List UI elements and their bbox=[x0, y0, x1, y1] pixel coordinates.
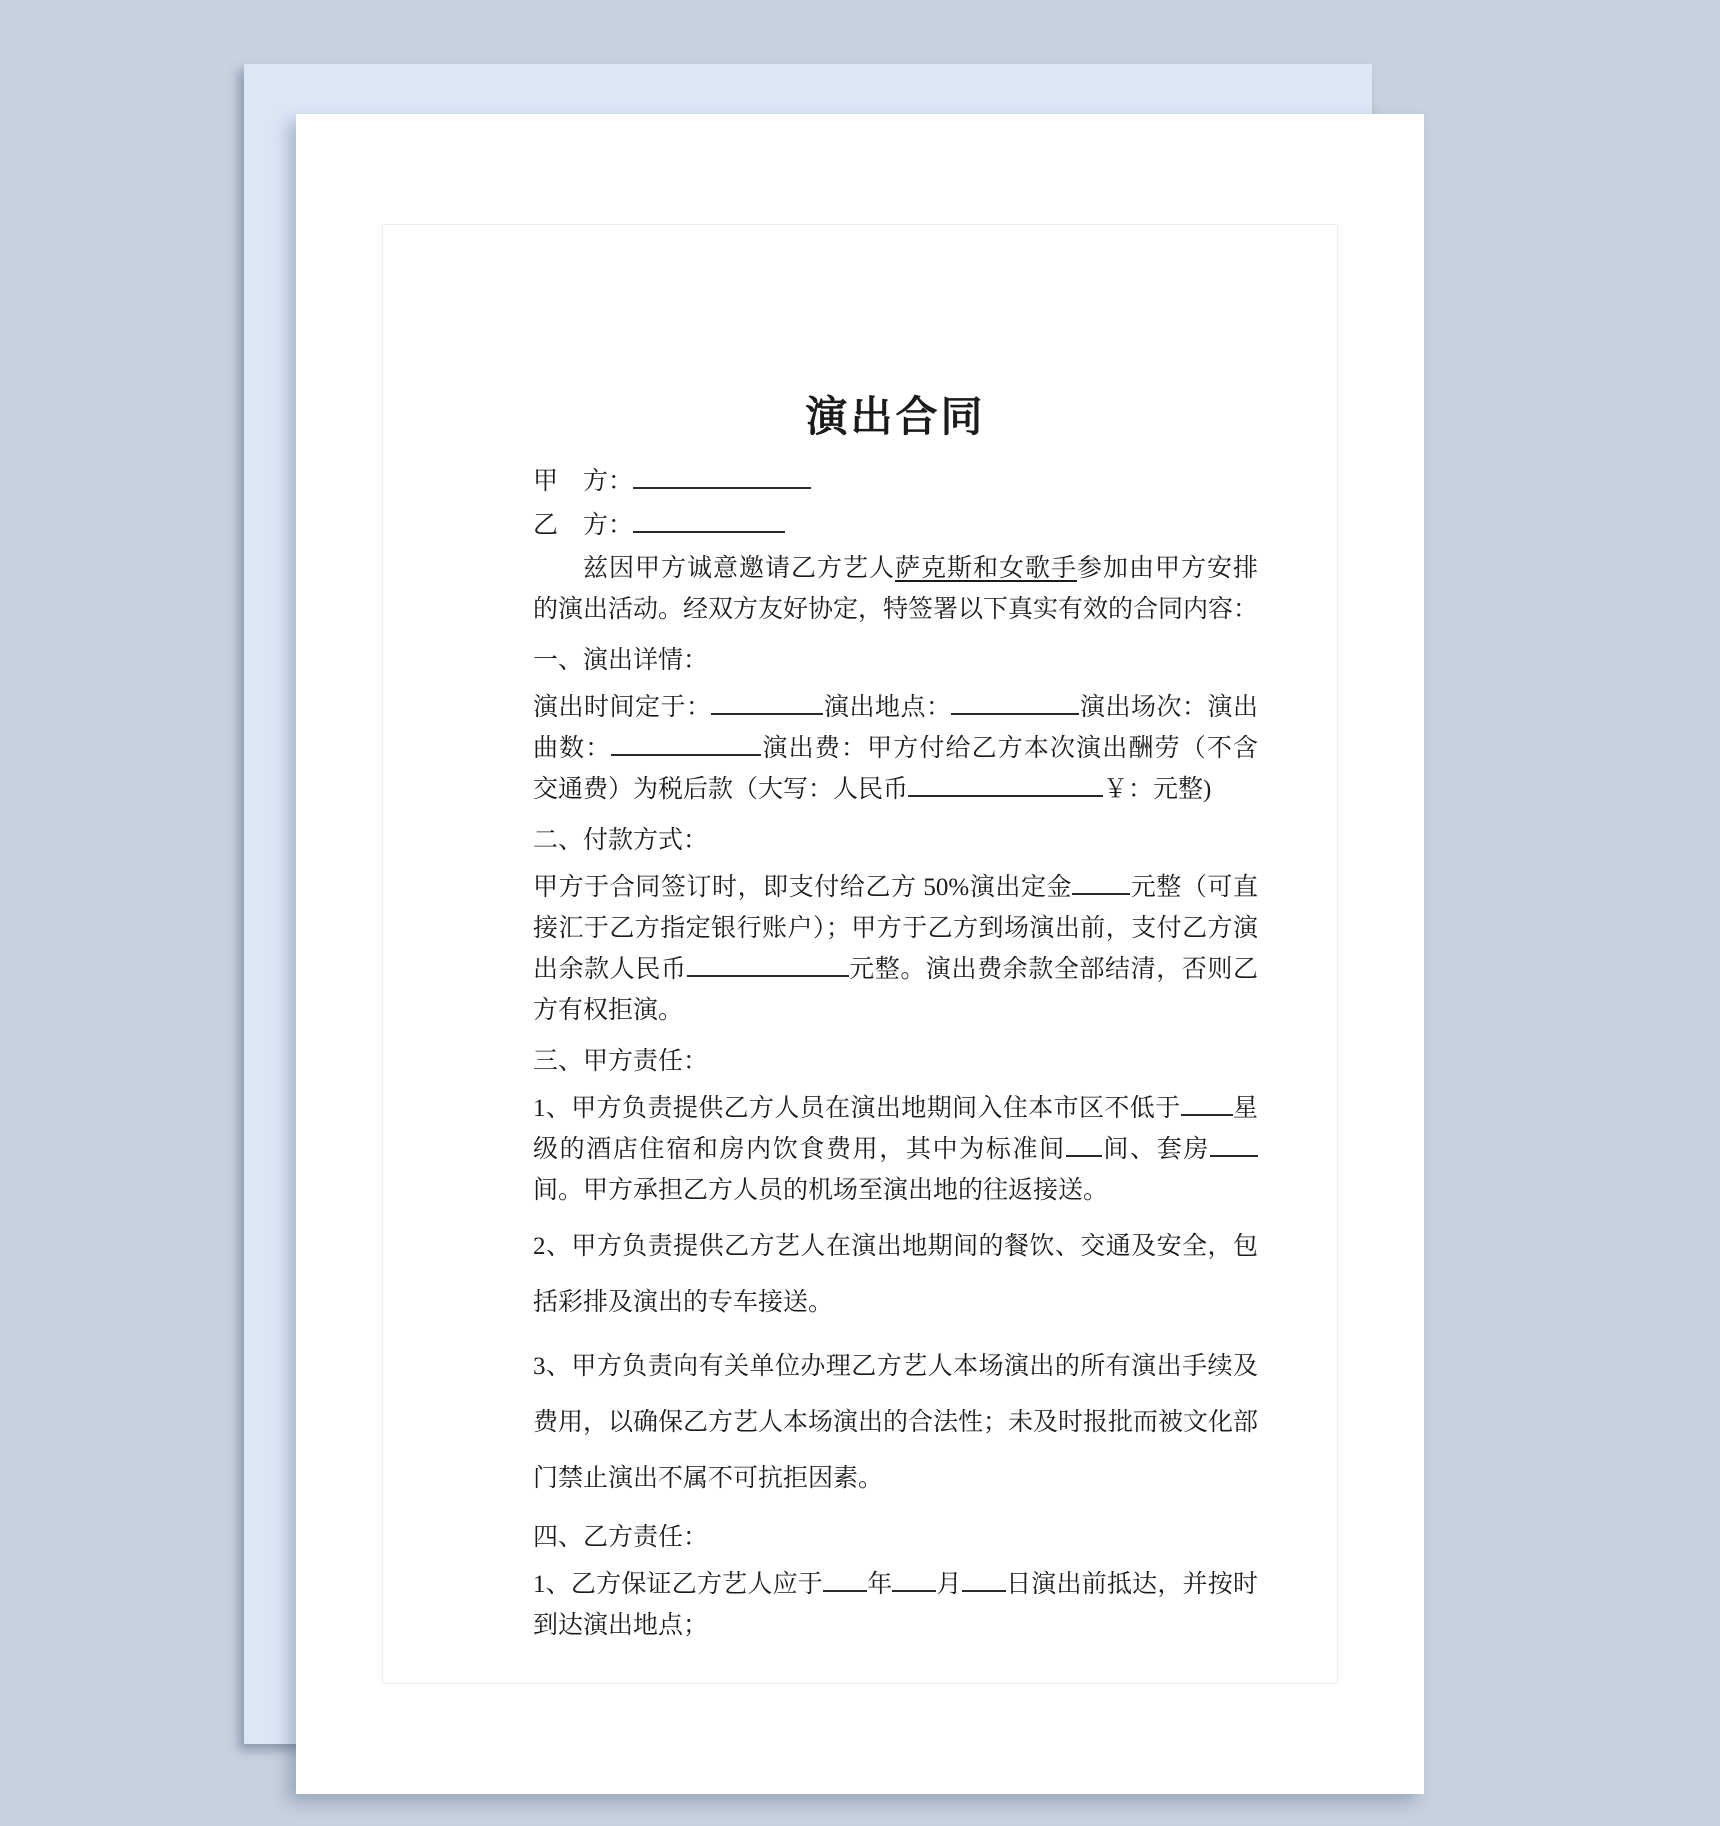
heading-payment-method: 二、付款方式： bbox=[533, 820, 1258, 861]
text-run: ￥：元整) bbox=[1103, 776, 1211, 803]
party-a-line: 甲 方： bbox=[533, 460, 1258, 504]
text-run: 3、甲方负责向有关单位办理乙方艺人本场演出的所有演出手续及费用，以确保乙方艺人本… bbox=[533, 1353, 1258, 1492]
blank-field bbox=[711, 688, 823, 716]
blank-field bbox=[633, 462, 811, 490]
text-run: 四、乙方责任： bbox=[533, 1524, 708, 1551]
blank-field bbox=[633, 506, 785, 534]
blank-field bbox=[1072, 868, 1130, 896]
blank-field bbox=[1210, 1130, 1258, 1158]
blank-field bbox=[687, 950, 849, 978]
contract-page: 演出合同 甲 方：乙 方：兹因甲方诚意邀请乙方艺人萨克斯和女歌手参加由甲方安排的… bbox=[296, 114, 1424, 1794]
heading-party-a-duties: 三、甲方责任： bbox=[533, 1041, 1258, 1082]
para-party-b-duty-1: 1、乙方保证乙方艺人应于年月日演出前抵达，并按时到达演出地点； bbox=[533, 1564, 1258, 1646]
text-run: 演出地点： bbox=[823, 694, 951, 721]
text-run: 甲方于合同签订时，即支付给乙方 50%演出定金 bbox=[533, 874, 1072, 901]
text-run: 兹因甲方诚意邀请乙方艺人 bbox=[583, 555, 895, 582]
text-run: 间、套房 bbox=[1102, 1136, 1210, 1163]
text-run: 二、付款方式： bbox=[533, 827, 708, 854]
artist-names: 萨克斯和女歌手 bbox=[895, 555, 1077, 582]
intro-paragraph: 兹因甲方诚意邀请乙方艺人萨克斯和女歌手参加由甲方安排的演出活动。经双方友好协定，… bbox=[533, 548, 1258, 630]
text-run: 演出时间定于： bbox=[533, 694, 711, 721]
text-run: 间。甲方承担乙方人员的机场至演出地的往返接送。 bbox=[533, 1177, 1108, 1204]
blank-field bbox=[962, 1565, 1006, 1593]
blank-field bbox=[951, 688, 1079, 716]
heading-party-b-duties: 四、乙方责任： bbox=[533, 1517, 1258, 1558]
text-run: 1、乙方保证乙方艺人应于 bbox=[533, 1571, 823, 1598]
para-party-a-duty-3: 3、甲方负责向有关单位办理乙方艺人本场演出的所有演出手续及费用，以确保乙方艺人本… bbox=[533, 1339, 1258, 1507]
blank-field bbox=[823, 1565, 867, 1593]
text-run: 年 bbox=[867, 1571, 892, 1598]
blank-field bbox=[892, 1565, 936, 1593]
contract-title: 演出合同 bbox=[533, 114, 1258, 444]
text-run: 一、演出详情： bbox=[533, 647, 708, 674]
text-run: 1、甲方负责提供乙方人员在演出地期间入住本市区不低于 bbox=[533, 1095, 1181, 1122]
contract-preview-canvas: { "colors": { "canvas_background": "#c7d… bbox=[0, 0, 1720, 1826]
blank-field bbox=[908, 770, 1103, 798]
text-run: 月 bbox=[936, 1571, 961, 1598]
para-party-a-duty-1: 1、甲方负责提供乙方人员在演出地期间入住本市区不低于星级的酒店住宿和房内饮食费用… bbox=[533, 1088, 1258, 1211]
para-performance-details: 演出时间定于：演出地点：演出场次：演出曲数：演出费：甲方付给乙方本次演出酬劳（不… bbox=[533, 687, 1258, 810]
para-payment-method: 甲方于合同签订时，即支付给乙方 50%演出定金元整（可直接汇于乙方指定银行账户）… bbox=[533, 867, 1258, 1031]
party-b-line: 乙 方： bbox=[533, 504, 1258, 548]
blank-field bbox=[611, 729, 761, 757]
text-run: 三、甲方责任： bbox=[533, 1048, 708, 1075]
blank-field bbox=[1066, 1130, 1102, 1158]
contract-body: 甲 方：乙 方：兹因甲方诚意邀请乙方艺人萨克斯和女歌手参加由甲方安排的演出活动。… bbox=[533, 460, 1258, 1646]
text-run: 乙 方： bbox=[533, 512, 633, 539]
contract-content: 演出合同 甲 方：乙 方：兹因甲方诚意邀请乙方艺人萨克斯和女歌手参加由甲方安排的… bbox=[533, 114, 1258, 1646]
text-run: 2、甲方负责提供乙方艺人在演出地期间的餐饮、交通及安全，包括彩排及演出的专车接送… bbox=[533, 1233, 1258, 1316]
heading-performance-details: 一、演出详情： bbox=[533, 640, 1258, 681]
text-run: 甲 方： bbox=[533, 468, 633, 495]
para-party-a-duty-2: 2、甲方负责提供乙方艺人在演出地期间的餐饮、交通及安全，包括彩排及演出的专车接送… bbox=[533, 1219, 1258, 1331]
blank-field bbox=[1181, 1089, 1233, 1117]
